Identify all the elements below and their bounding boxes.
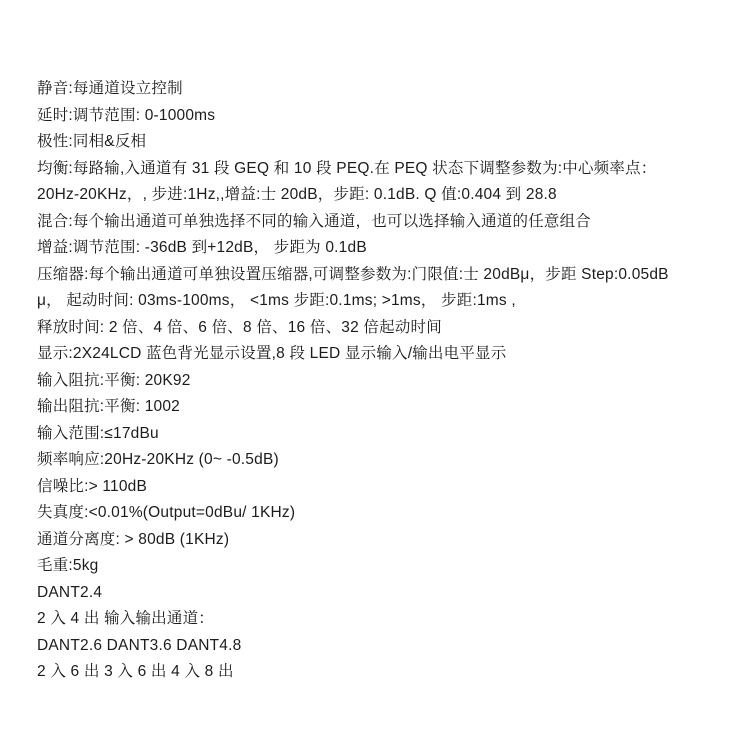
spec-line-release-time: 释放时间: 2 倍、4 倍、6 倍、8 倍、16 倍、32 倍起动时间 [37,315,720,342]
spec-line-attack-time: μ， 起动时间: 03ms-100ms， <1ms 步距:0.1ms; >1ms… [37,288,720,315]
spec-document: 静音:每通道设立控制 延时:调节范围: 0-1000ms 极性:同相&反相 均衡… [0,0,750,750]
spec-line-gain: 增益:调节范围: -36dB 到+12dB， 步距为 0.1dB [37,235,720,262]
spec-line-io-channel-options: 2 入 6 出 3 入 6 出 4 入 8 出 [37,659,720,686]
spec-line-gross-weight: 毛重:5kg [37,553,720,580]
spec-line-compressor: 压缩器:每个输出通道可单独设置压缩器,可调整参数为:门限值:士 20dBμ，步距… [37,262,720,289]
spec-line-eq: 均衡:每路输,入通道有 31 段 GEQ 和 10 段 PEQ.在 PEQ 状态… [37,156,720,183]
spec-line-input-range: 输入范围:≤17dBu [37,421,720,448]
spec-line-output-impedance: 输出阻抗:平衡: 1002 [37,394,720,421]
spec-line-polarity: 极性:同相&反相 [37,129,720,156]
spec-line-eq-range: 20Hz-20KHz，, 步进:1Hz,,增益:士 20dB，步距: 0.1dB… [37,182,720,209]
spec-line-display: 显示:2X24LCD 蓝色背光显示设置,8 段 LED 显示输入/输出电平显示 [37,341,720,368]
spec-line-mute: 静音:每通道设立控制 [37,76,720,103]
spec-line-frequency-response: 频率响应:20Hz-20KHz (0~ -0.5dB) [37,447,720,474]
spec-line-io-channels-2in4out: 2 入 4 出 输入输出通道： [37,606,720,633]
spec-line-channel-separation: 通道分离度: > 80dB (1KHz) [37,527,720,554]
spec-line-model-dant24: DANT2.4 [37,580,720,607]
spec-line-snr: 信噪比:> 110dB [37,474,720,501]
spec-line-delay: 延时:调节范围: 0-1000ms [37,103,720,130]
spec-line-input-impedance: 输入阻抗:平衡: 20K92 [37,368,720,395]
spec-line-models-dant26-36-48: DANT2.6 DANT3.6 DANT4.8 [37,633,720,660]
spec-line-mix: 混合:每个输出通道可单独选择不同的输入通道，也可以选择输入通道的任意组合 [37,209,720,236]
spec-line-distortion: 失真度:<0.01%(Output=0dBu/ 1KHz) [37,500,720,527]
